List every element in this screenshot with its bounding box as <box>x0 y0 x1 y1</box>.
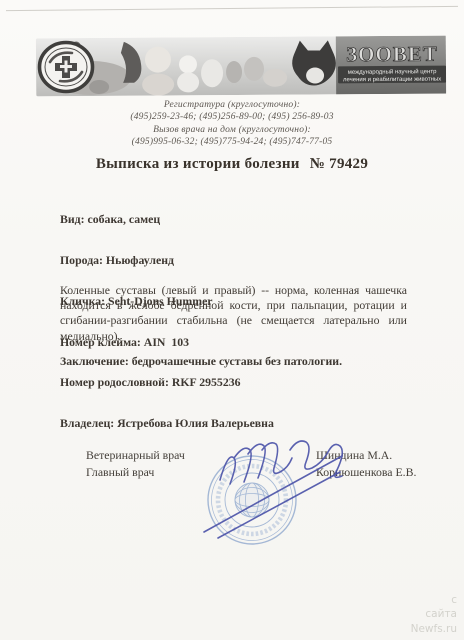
housecall-phones: (495)995-06-32; (495)775-94-24; (495)747… <box>0 136 464 148</box>
brand-name: ЗООВЕТ <box>346 42 438 67</box>
page-title-text: Выписка из истории болезни <box>96 156 300 172</box>
case-number: № 79429 <box>310 156 368 172</box>
brand-tagline-line1: международный научный центр <box>348 68 437 76</box>
scan-edge-artifact <box>6 6 458 11</box>
round-stamp-icon <box>208 456 296 544</box>
record-field-pedigree-number: Номер родословной: RKF 2955236 <box>60 376 400 390</box>
watermark-line: Newfs.ru <box>411 622 457 637</box>
findings-paragraph: Коленные суставы (левый и правый) -- нор… <box>60 283 407 344</box>
signer-roles: Ветеринарный врач Главный врач <box>86 447 185 482</box>
scanned-document-page: ЗООВЕТ международный научный центр лечен… <box>0 0 464 640</box>
record-field-species: Вид: собака, самец <box>60 213 400 227</box>
clinic-header-banner: ЗООВЕТ международный научный центр лечен… <box>36 36 446 97</box>
page-title: Выписка из истории болезни№ 79429 <box>0 156 464 173</box>
brand-tagline-line2: лечения и реабилитации животных <box>343 77 441 84</box>
record-field-breed: Порода: Ньюфауленд <box>60 254 400 268</box>
contact-phones-block: Регистратура (круглосуточно): (495)259-2… <box>0 99 464 148</box>
site-watermark: с сайта Newfs.ru <box>411 593 457 637</box>
watermark-line: с <box>411 593 457 608</box>
animal-collage-photo: ЗООВЕТ международный научный центр лечен… <box>36 36 446 97</box>
clinic-logo-icon <box>37 40 95 96</box>
stamp-and-signature <box>190 428 370 563</box>
registry-phones: (495)259-23-46; (495)256-89-00; (495) 25… <box>0 111 464 123</box>
registry-label: Регистратура (круглосуточно): <box>0 99 464 111</box>
housecall-label: Вызов врача на дом (круглосуточно): <box>0 124 464 136</box>
handwritten-signature <box>204 441 342 538</box>
signer-role-chief: Главный врач <box>86 464 185 481</box>
watermark-line: сайта <box>411 607 457 622</box>
conclusion-text: Заключение: бедрочашечные суставы без па… <box>60 354 420 369</box>
signer-role-vet: Ветеринарный врач <box>86 447 185 464</box>
